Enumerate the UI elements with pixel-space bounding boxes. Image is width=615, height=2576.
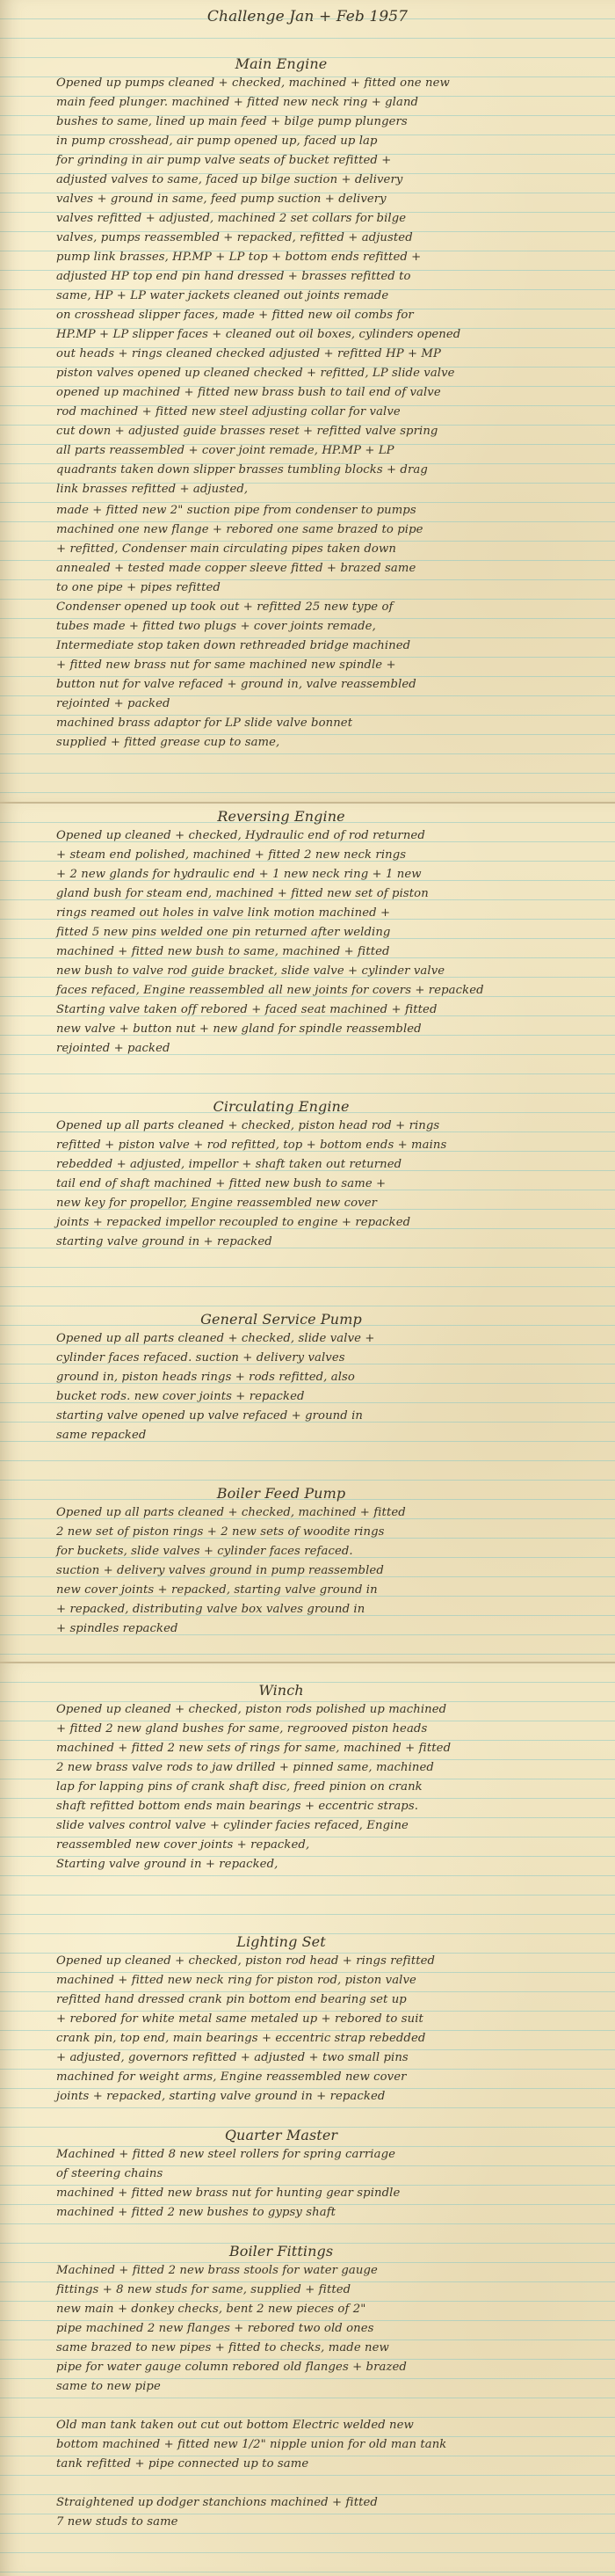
handwritten-line: quadrants taken down slipper brasses tum… [56,461,601,480]
handwritten-line: starting valve ground in + repacked [56,1233,601,1252]
paragraph-starting-valve-circulating: starting valve ground in + repacked [56,1233,601,1252]
handwritten-line: slide valves control valve + cylinder fa… [56,1816,601,1836]
section-heading-lighting-set: Lighting Set [0,1932,562,1952]
section-heading-reversing-engine: Reversing Engine [0,807,562,826]
handwritten-line: 2 new set of piston rings + 2 new sets o… [56,1523,601,1542]
handwritten-line: shaft refitted bottom ends main bearings… [56,1797,601,1816]
handwritten-line: faces refaced, Engine reassembled all ne… [56,981,601,1001]
section-body-quarter-master: Machined + fitted 8 new steel rollers fo… [56,2145,601,2184]
handwritten-line: new key for propellor, Engine reassemble… [56,1194,601,1213]
paragraph-hunting-gear: machined + fitted new brass nut for hunt… [56,2184,601,2223]
handwritten-line: same to new pipe [56,2377,601,2397]
handwritten-line: Opened up all parts cleaned + checked, s… [56,1329,601,1349]
handwritten-line: Opened up pumps cleaned + checked, machi… [56,74,601,93]
handwritten-line: pump link brasses, HP.MP + LP top + bott… [56,248,601,267]
handwritten-line: all parts reassembled + cover joint rema… [56,441,601,461]
handwritten-line: Straightened up dodger stanchions machin… [56,2493,601,2513]
handwritten-line: machined for weight arms, Engine reassem… [56,2068,601,2087]
section-body-winch: Opened up cleaned + checked, piston rods… [56,1700,601,1855]
handwritten-line: + rebored for white metal same metaled u… [56,2010,601,2029]
handwritten-line: pipe for water gauge column rebored old … [56,2358,601,2377]
handwritten-line: made + fitted new 2" suction pipe from c… [56,501,601,520]
section-heading-main-engine: Main Engine [0,55,562,74]
handwritten-line: in pump crosshead, air pump opened up, f… [56,132,601,151]
handwritten-line: HP.MP + LP slipper faces + cleaned out o… [56,325,601,345]
handwritten-line: tank refitted + pipe connected up to sam… [56,2455,601,2474]
handwritten-line: annealed + tested made copper sleeve fit… [56,559,601,579]
section-body-boiler-fittings: Machined + fitted 2 new brass stools for… [56,2261,601,2397]
handwritten-line: new valve + button nut + new gland for s… [56,1020,601,1039]
paragraph-starting-valve-reversing: Starting valve taken off rebored + faced… [56,1001,601,1059]
handwritten-line: tail end of shaft machined + fitted new … [56,1175,601,1194]
section-heading-circulating-engine: Circulating Engine [0,1097,562,1117]
handwritten-line: + refitted, Condenser main circulating p… [56,540,601,559]
section-body-boiler-feed-pump: Opened up all parts cleaned + checked, m… [56,1503,601,1639]
handwritten-line: refitted + piston valve + rod refitted, … [56,1136,601,1155]
handwritten-line: machined + fitted 2 new sets of rings fo… [56,1739,601,1758]
handwritten-line: + adjusted, governors refitted + adjuste… [56,2048,601,2068]
handwritten-line: piston valves opened up cleaned checked … [56,364,601,383]
handwritten-line: ground in, piston heads rings + rods ref… [56,1368,601,1387]
paragraph-old-man-tank: Old man tank taken out cut out bottom El… [56,2416,601,2474]
handwritten-line: fitted 5 new pins welded one pin returne… [56,923,601,942]
section-body-lighting-set: Opened up cleaned + checked, piston rod … [56,1952,601,2107]
handwritten-line: starting valve opened up valve refaced +… [56,1407,601,1426]
handwritten-line: cut down + adjusted guide brasses reset … [56,422,601,441]
handwritten-line: to one pipe + pipes refitted [56,579,601,598]
handwritten-line: same repacked [56,1426,601,1445]
handwritten-line: rejointed + packed [56,1039,601,1059]
handwritten-line: adjusted valves to same, faced up bilge … [56,171,601,190]
notebook-page-1: Challenge Jan + Feb 1957 Main Engine Ope… [0,0,615,802]
handwritten-line: joints + repacked, starting valve ground… [56,2087,601,2107]
handwritten-line: + spindles repacked [56,1619,601,1639]
handwritten-line: machined + fitted new neck ring for pist… [56,1971,601,1990]
handwritten-line: rebedded + adjusted, impellor + shaft ta… [56,1155,601,1175]
handwritten-line: opened up machined + fitted new brass bu… [56,383,601,403]
section-heading-winch: Winch [0,1681,562,1700]
handwritten-line: 2 new brass valve rods to jaw drilled + … [56,1758,601,1778]
handwritten-line: valves, pumps reassembled + repacked, re… [56,229,601,248]
handwritten-line: cylinder faces refaced. suction + delive… [56,1349,601,1368]
handwritten-line: Starting valve taken off rebored + faced… [56,1001,601,1020]
handwritten-line: new cover joints + repacked, starting va… [56,1581,601,1600]
handwritten-line: machined + fitted 2 new bushes to gypsy … [56,2203,601,2223]
handwritten-line: pipe machined 2 new flanges + rebored tw… [56,2319,601,2339]
section-heading-general-service-pump: General Service Pump [0,1310,562,1329]
handwritten-line: for grinding in air pump valve seats of … [56,151,601,171]
notebook-page-2: Reversing Engine Opened up cleaned + che… [0,802,615,1663]
notebook-page-3: Winch Opened up cleaned + checked, pisto… [0,1662,615,2574]
paragraph-brass-adaptor: machined brass adaptor for LP slide valv… [56,714,601,753]
handwritten-line: new bush to valve rod guide bracket, sli… [56,962,601,981]
section-body-main-engine: Opened up pumps cleaned + checked, machi… [56,74,601,499]
handwritten-line: machined brass adaptor for LP slide valv… [56,714,601,733]
handwritten-line: Opened up all parts cleaned + checked, p… [56,1117,601,1136]
handwritten-line: rod machined + fitted new steel adjustin… [56,403,601,422]
handwritten-line: rejointed + packed [56,695,601,714]
handwritten-line: machined + fitted new bush to same, mach… [56,942,601,962]
handwritten-line: Opened up cleaned + checked, piston rods… [56,1700,601,1720]
section-body-circulating-engine: Opened up all parts cleaned + checked, p… [56,1117,601,1233]
handwritten-line: joints + repacked impellor recoupled to … [56,1213,601,1233]
document-title: Challenge Jan + Feb 1957 [0,7,615,26]
paragraph-starting-valve-winch: Starting valve ground in + repacked, [56,1855,601,1874]
handwritten-line: link brasses refitted + adjusted, [56,480,601,499]
handwritten-line: + repacked, distributing valve box valve… [56,1600,601,1619]
handwritten-line: same brazed to new pipes + fitted to che… [56,2339,601,2358]
handwritten-line: machined + fitted new brass nut for hunt… [56,2184,601,2203]
handwritten-line: suction + delivery valves ground in pump… [56,1561,601,1581]
section-body-general-service-pump: Opened up all parts cleaned + checked, s… [56,1329,601,1407]
handwritten-line: + fitted 2 new gland bushes for same, re… [56,1720,601,1739]
handwritten-line: adjusted HP top end pin hand dressed + b… [56,267,601,287]
handwritten-line: bucket rods. new cover joints + repacked [56,1387,601,1407]
handwritten-line: Intermediate stop taken down rethreaded … [56,637,601,656]
handwritten-line: rings reamed out holes in valve link mot… [56,904,601,923]
handwritten-line: + steam end polished, machined + fitted … [56,846,601,865]
handwritten-line: refitted hand dressed crank pin bottom e… [56,1990,601,2010]
section-heading-boiler-fittings: Boiler Fittings [0,2242,562,2261]
handwritten-line: valves refitted + adjusted, machined 2 s… [56,209,601,229]
paragraph-dodger-stanchions: Straightened up dodger stanchions machin… [56,2493,601,2532]
handwritten-line: Old man tank taken out cut out bottom El… [56,2416,601,2435]
handwritten-line: Opened up all parts cleaned + checked, m… [56,1503,601,1523]
paragraph-condenser: Condenser opened up took out + refitted … [56,598,601,637]
handwritten-line: fittings + 8 new studs for same, supplie… [56,2281,601,2300]
section-heading-quarter-master: Quarter Master [0,2126,562,2145]
handwritten-line: crank pin, top end, main bearings + ecce… [56,2029,601,2048]
handwritten-line: main feed plunger. machined + fitted new… [56,93,601,113]
handwritten-line: + fitted new brass nut for same machined… [56,656,601,675]
handwritten-line: supplied + fitted grease cup to same, [56,733,601,753]
handwritten-line: Opened up cleaned + checked, piston rod … [56,1952,601,1971]
handwritten-line: 7 new studs to same [56,2513,601,2532]
handwritten-line: on crosshead slipper faces, made + fitte… [56,306,601,325]
handwritten-line: Starting valve ground in + repacked, [56,1855,601,1874]
handwritten-line: new main + donkey checks, bent 2 new pie… [56,2300,601,2319]
handwritten-line: Machined + fitted 2 new brass stools for… [56,2261,601,2281]
handwritten-line: button nut for valve refaced + ground in… [56,675,601,695]
handwritten-line: Machined + fitted 8 new steel rollers fo… [56,2145,601,2165]
handwritten-line: for buckets, slide valves + cylinder fac… [56,1542,601,1561]
handwritten-line: lap for lapping pins of crank shaft disc… [56,1778,601,1797]
paragraph-intermediate-stop: Intermediate stop taken down rethreaded … [56,637,601,714]
handwritten-line: bottom machined + fitted new 1/2" nipple… [56,2435,601,2455]
handwritten-line: Condenser opened up took out + refitted … [56,598,601,617]
handwritten-line: same, HP + LP water jackets cleaned out … [56,287,601,306]
handwritten-line: + 2 new glands for hydraulic end + 1 new… [56,865,601,884]
handwritten-line: out heads + rings cleaned checked adjust… [56,345,601,364]
section-heading-boiler-feed-pump: Boiler Feed Pump [0,1484,562,1503]
handwritten-line: valves + ground in same, feed pump sucti… [56,190,601,209]
handwritten-line: gland bush for steam end, machined + fit… [56,884,601,904]
paragraph-suction-pipe: made + fitted new 2" suction pipe from c… [56,501,601,598]
paragraph-starting-valve-gsp: starting valve opened up valve refaced +… [56,1407,601,1445]
handwritten-line: Opened up cleaned + checked, Hydraulic e… [56,826,601,846]
handwritten-line: tubes made + fitted two plugs + cover jo… [56,617,601,637]
handwritten-line: of steering chains [56,2165,601,2184]
handwritten-line: reassembled new cover joints + repacked, [56,1836,601,1855]
handwritten-line: machined one new flange + rebored one sa… [56,520,601,540]
handwritten-line: bushes to same, lined up main feed + bil… [56,113,601,132]
section-body-reversing-engine: Opened up cleaned + checked, Hydraulic e… [56,826,601,1001]
